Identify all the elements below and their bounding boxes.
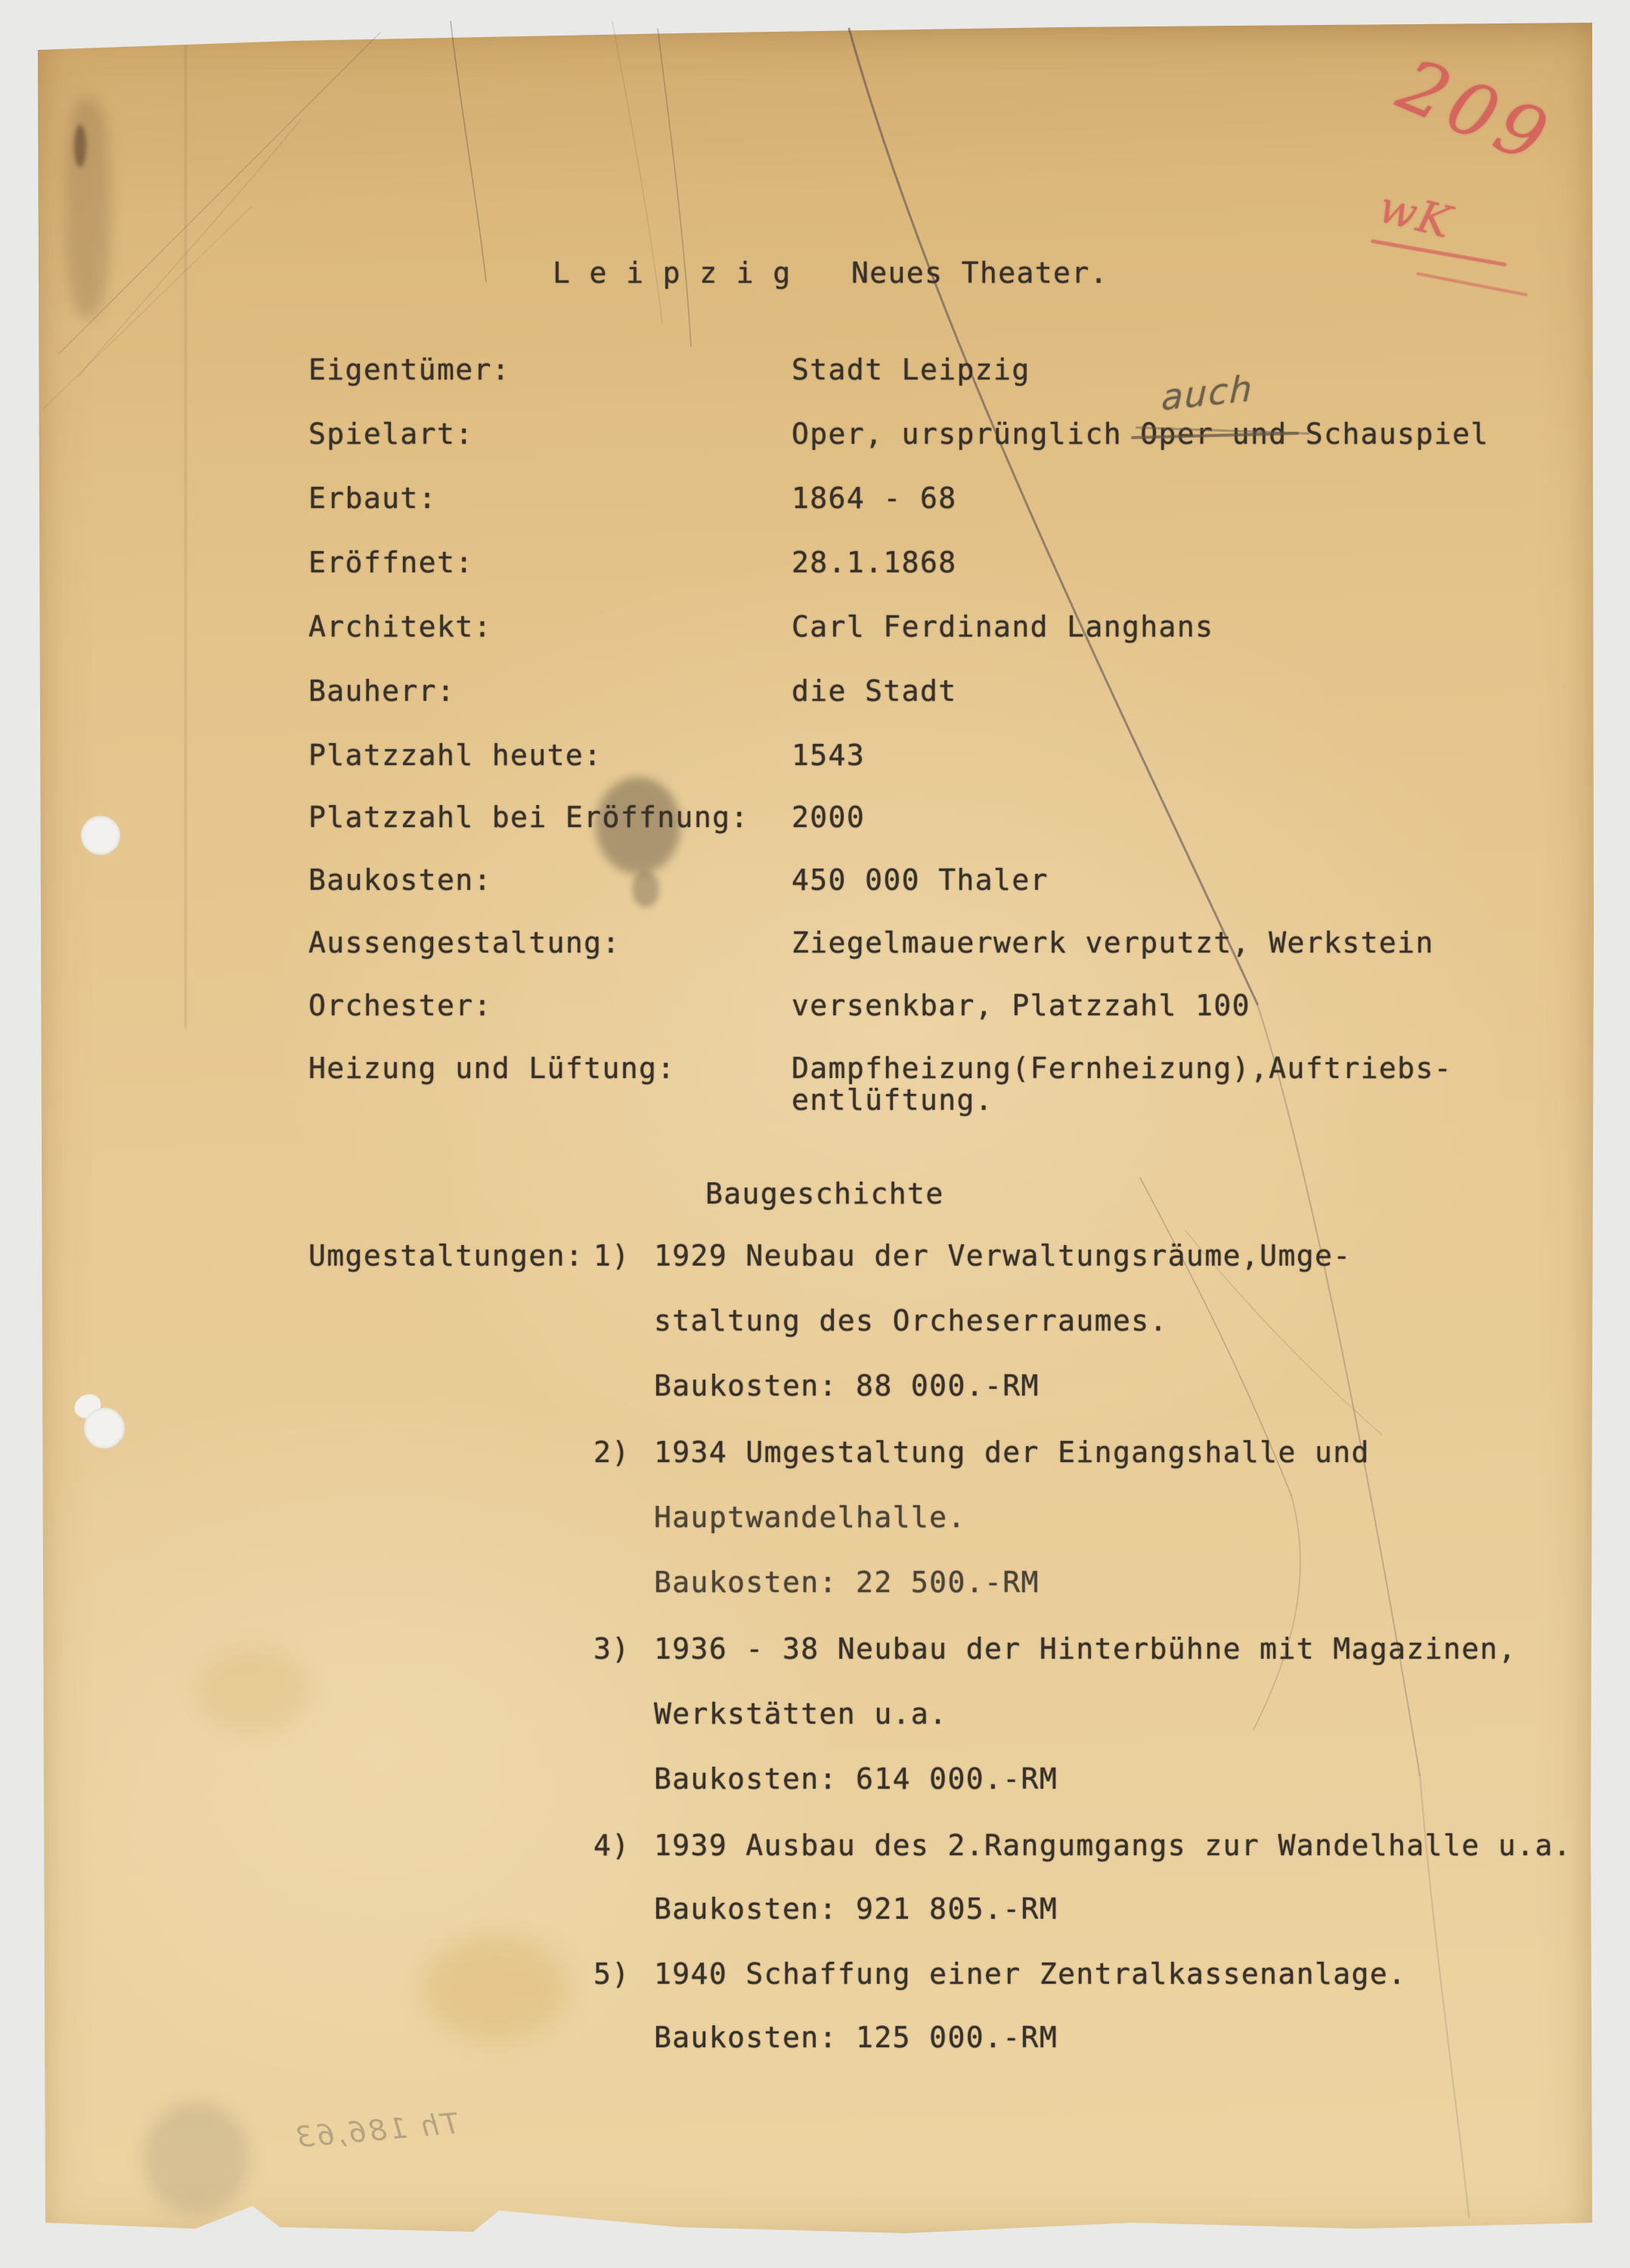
history-item-1-line-2: staltung des Orcheserraumes.	[654, 1306, 1168, 1335]
field-value-heizung-line1: Dampfheizung(Fernheizung),Auftriebs-	[792, 1054, 1452, 1083]
field-label-eroeffnet: Eröffnet:	[308, 548, 474, 577]
field-value-bauherr: die Stadt	[792, 677, 957, 705]
spielart-pre: Oper, ursprünglich	[792, 417, 1140, 451]
history-item-2-cost: Baukosten: 22 500.-RM	[654, 1568, 1040, 1597]
document-title-name: Neues Theater.	[851, 259, 1108, 287]
history-item-5-cost: Baukosten: 125 000.-RM	[654, 2023, 1058, 2052]
field-value-heizung-line2: entlüftung.	[792, 1086, 993, 1114]
spielart-post: Schauspiel	[1288, 417, 1489, 451]
history-item-2-line-1: 1934 Umgestaltung der Eingangshalle und	[654, 1438, 1370, 1467]
field-value-erbaut: 1864 - 68	[792, 484, 957, 513]
field-value-baukosten: 450 000 Thaler	[792, 866, 1049, 894]
field-label-baukosten: Baukosten:	[308, 866, 492, 894]
field-label-erbaut: Erbaut:	[308, 484, 437, 513]
field-label-heizung: Heizung und Lüftung:	[308, 1054, 676, 1083]
history-item-1-line-1: 1929 Neubau der Verwaltungsräume,Umge-	[654, 1241, 1352, 1270]
field-label-eigentuemer: Eigentümer:	[308, 355, 510, 384]
history-item-3-line-2: Werkstätten u.a.	[654, 1699, 947, 1728]
field-label-architekt: Architekt:	[308, 612, 492, 641]
field-value-eroeffnet: 28.1.1868	[792, 548, 957, 577]
history-item-2-line-2: Hauptwandelhalle.	[654, 1503, 966, 1532]
field-value-aussengestaltung: Ziegelmauerwerk verputzt, Werkstein	[792, 928, 1434, 957]
history-item-1-cost: Baukosten: 88 000.-RM	[654, 1371, 1040, 1400]
handwritten-insert-auch: auch	[1161, 370, 1254, 416]
spielart-struck-word: Oper und	[1140, 417, 1287, 451]
history-item-5-line-1: 1940 Schaffung einer Zentralkassenanlage…	[654, 1960, 1406, 1988]
field-value-spielart: Oper, ursprünglich Oper undauch Schauspi…	[792, 420, 1489, 448]
field-value-platzzahl-heute: 1543	[792, 741, 865, 770]
history-item-3-line-1: 1936 - 38 Neubau der Hinterbühne mit Mag…	[654, 1634, 1517, 1663]
history-label-umgestaltungen: Umgestaltungen:	[308, 1241, 584, 1270]
history-item-3-number: 3)	[593, 1634, 631, 1663]
field-label-orchester: Orchester:	[308, 991, 492, 1020]
history-item-1-number: 1)	[593, 1241, 631, 1270]
field-value-eigentuemer: Stadt Leipzig	[792, 355, 1030, 384]
history-item-3-cost: Baukosten: 614 000.-RM	[654, 1765, 1058, 1793]
section-heading-baugeschichte: Baugeschichte	[705, 1179, 944, 1208]
field-value-orchester: versenkbar, Platzzahl 100	[792, 991, 1250, 1020]
history-item-4-line-1: 1939 Ausbau des 2.Rangumgangs zur Wandel…	[654, 1831, 1572, 1860]
field-value-architekt: Carl Ferdinand Langhans	[792, 612, 1213, 641]
field-label-spielart: Spielart:	[308, 420, 474, 448]
history-item-2-number: 2)	[593, 1438, 631, 1467]
field-value-platzzahl-eroeffnung: 2000	[792, 803, 865, 832]
field-label-platzzahl-heute: Platzzahl heute:	[308, 741, 602, 770]
history-item-4-cost: Baukosten: 921 805.-RM	[654, 1895, 1058, 1923]
punch-hole-bottom	[84, 1408, 125, 1448]
history-item-4-number: 4)	[593, 1831, 631, 1860]
field-label-platzzahl-eroeffnung: Platzzahl bei Eröffnung:	[308, 803, 749, 832]
spielart-struck-text: Oper undauch	[1140, 420, 1287, 448]
document-title-city: L e i p z i g	[553, 259, 792, 287]
field-label-bauherr: Bauherr:	[308, 677, 455, 705]
history-item-5-number: 5)	[593, 1960, 631, 1988]
punch-hole-top	[81, 816, 120, 855]
scanned-document-page: L e i p z i g Neues Theater. Eigentümer:…	[0, 0, 1630, 2268]
field-label-aussengestaltung: Aussengestaltung:	[308, 928, 621, 957]
